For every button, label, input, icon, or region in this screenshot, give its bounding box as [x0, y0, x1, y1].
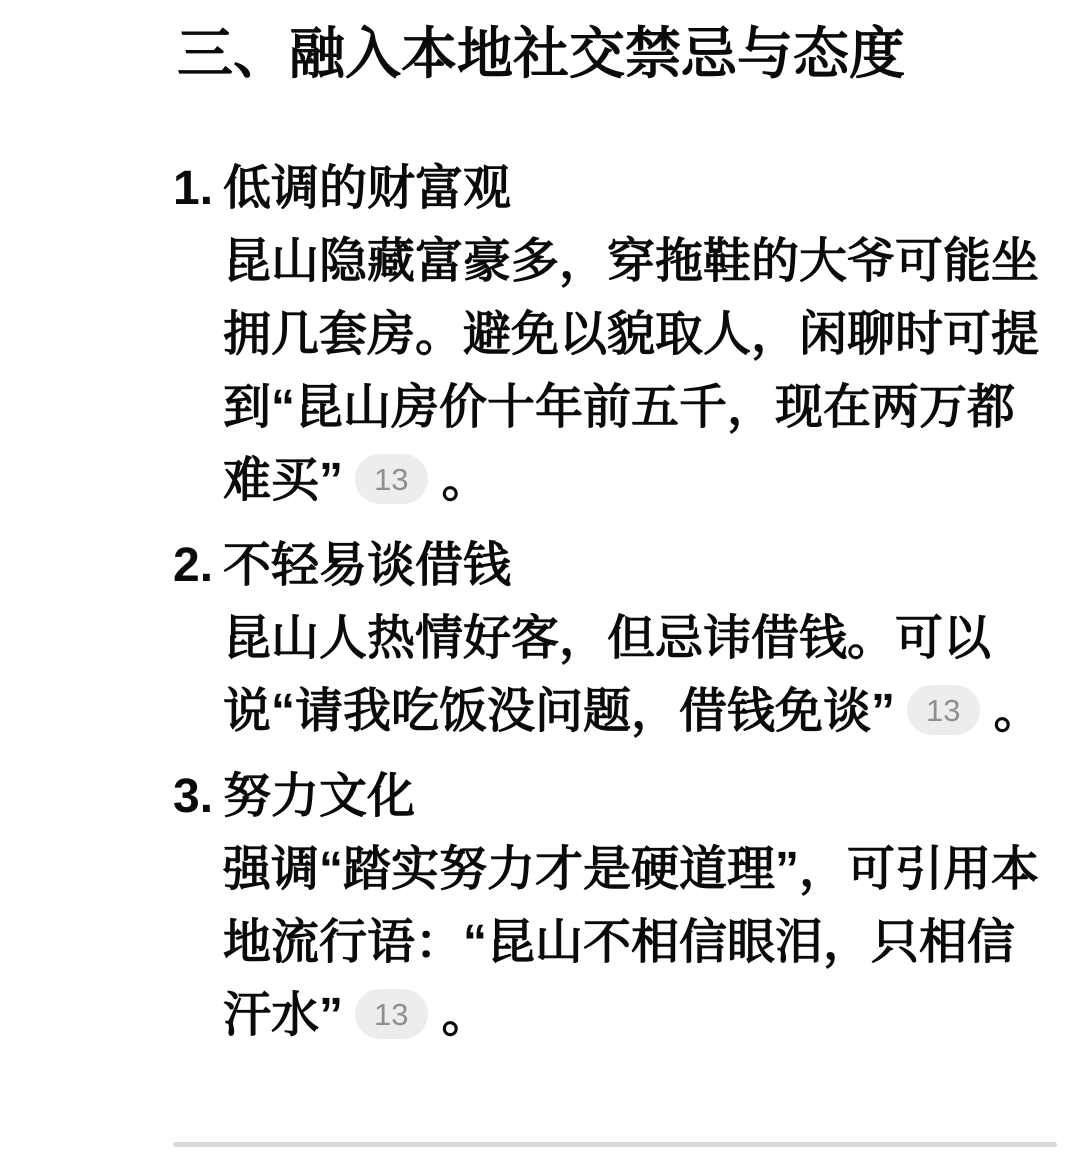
citation-badge[interactable]: 13: [355, 454, 427, 504]
answer-content: 三、融入本地社交禁忌与态度 1. 低调的财富观 昆山隐藏富豪多，穿拖鞋的大爷可能…: [173, 22, 1057, 1147]
list-item-body-period: 。: [442, 454, 490, 507]
list-item-number: 1.: [173, 152, 223, 225]
citation-badge[interactable]: 13: [355, 989, 427, 1039]
list-item: 3. 努力文化 强调“踏实努力才是硬道理”，可引用本地流行语：“昆山不相信眼泪，…: [173, 760, 1057, 1052]
list-item-body-period: 。: [442, 989, 490, 1042]
list-item-number: 3.: [173, 760, 223, 833]
list-item-body-text: 昆山人热情好客，但忌讳借钱。可以说“请我吃饭没问题，借钱免谈”: [223, 612, 991, 738]
answer-page: 三、融入本地社交禁忌与态度 1. 低调的财富观 昆山隐藏富豪多，穿拖鞋的大爷可能…: [0, 0, 1080, 1175]
section-heading: 三、融入本地社交禁忌与态度: [177, 22, 1057, 86]
list-item-title: 不轻易谈借钱: [223, 529, 1057, 602]
list-item-body-period: 。: [994, 685, 1042, 738]
list-item-body-text: 昆山隐藏富豪多，穿拖鞋的大爷可能坐拥几套房。避免以貌取人，闲聊时可提到“昆山房价…: [223, 235, 1039, 507]
list-item-body: 昆山人热情好客，但忌讳借钱。可以说“请我吃饭没问题，借钱免谈”13。: [223, 602, 1057, 748]
list-item-body: 昆山隐藏富豪多，穿拖鞋的大爷可能坐拥几套房。避免以貌取人，闲聊时可提到“昆山房价…: [223, 225, 1057, 517]
list-item-body: 强调“踏实努力才是硬道理”，可引用本地流行语：“昆山不相信眼泪，只相信汗水”13…: [223, 833, 1057, 1052]
citation-badge[interactable]: 13: [907, 685, 979, 735]
list-item-title: 努力文化: [223, 760, 1057, 833]
list-item-title: 低调的财富观: [223, 152, 1057, 225]
list-item-number: 2.: [173, 529, 223, 602]
list-item: 1. 低调的财富观 昆山隐藏富豪多，穿拖鞋的大爷可能坐拥几套房。避免以貌取人，闲…: [173, 152, 1057, 517]
list-item: 2. 不轻易谈借钱 昆山人热情好客，但忌讳借钱。可以说“请我吃饭没问题，借钱免谈…: [173, 529, 1057, 748]
list-item-body-text: 强调“踏实努力才是硬道理”，可引用本地流行语：“昆山不相信眼泪，只相信汗水”: [223, 843, 1039, 1042]
section-divider: [173, 1142, 1057, 1147]
